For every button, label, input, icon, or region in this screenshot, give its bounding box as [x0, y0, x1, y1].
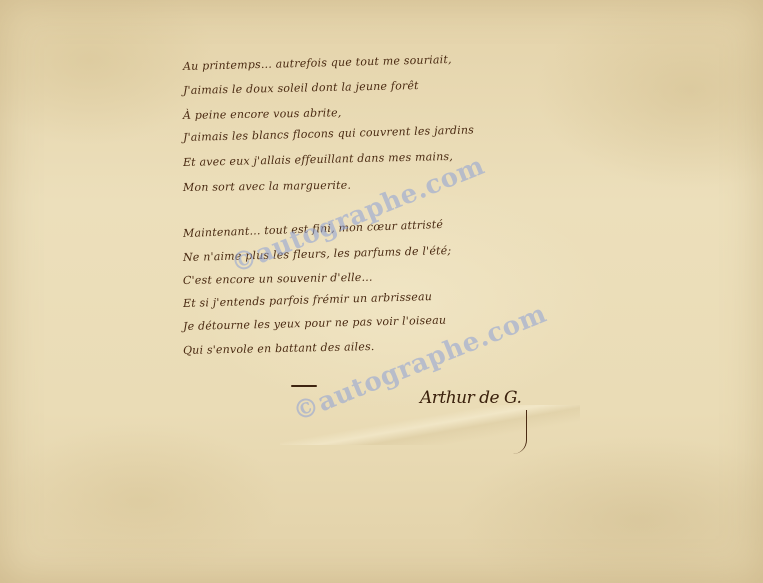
poem-line: Mon sort avec la marguerite.: [183, 179, 351, 194]
poem-line: À peine encore vous abrite,: [183, 106, 342, 122]
signature: Arthur de G.: [420, 388, 521, 408]
signature-flourish: [512, 410, 527, 454]
closing-dash: [291, 385, 317, 387]
